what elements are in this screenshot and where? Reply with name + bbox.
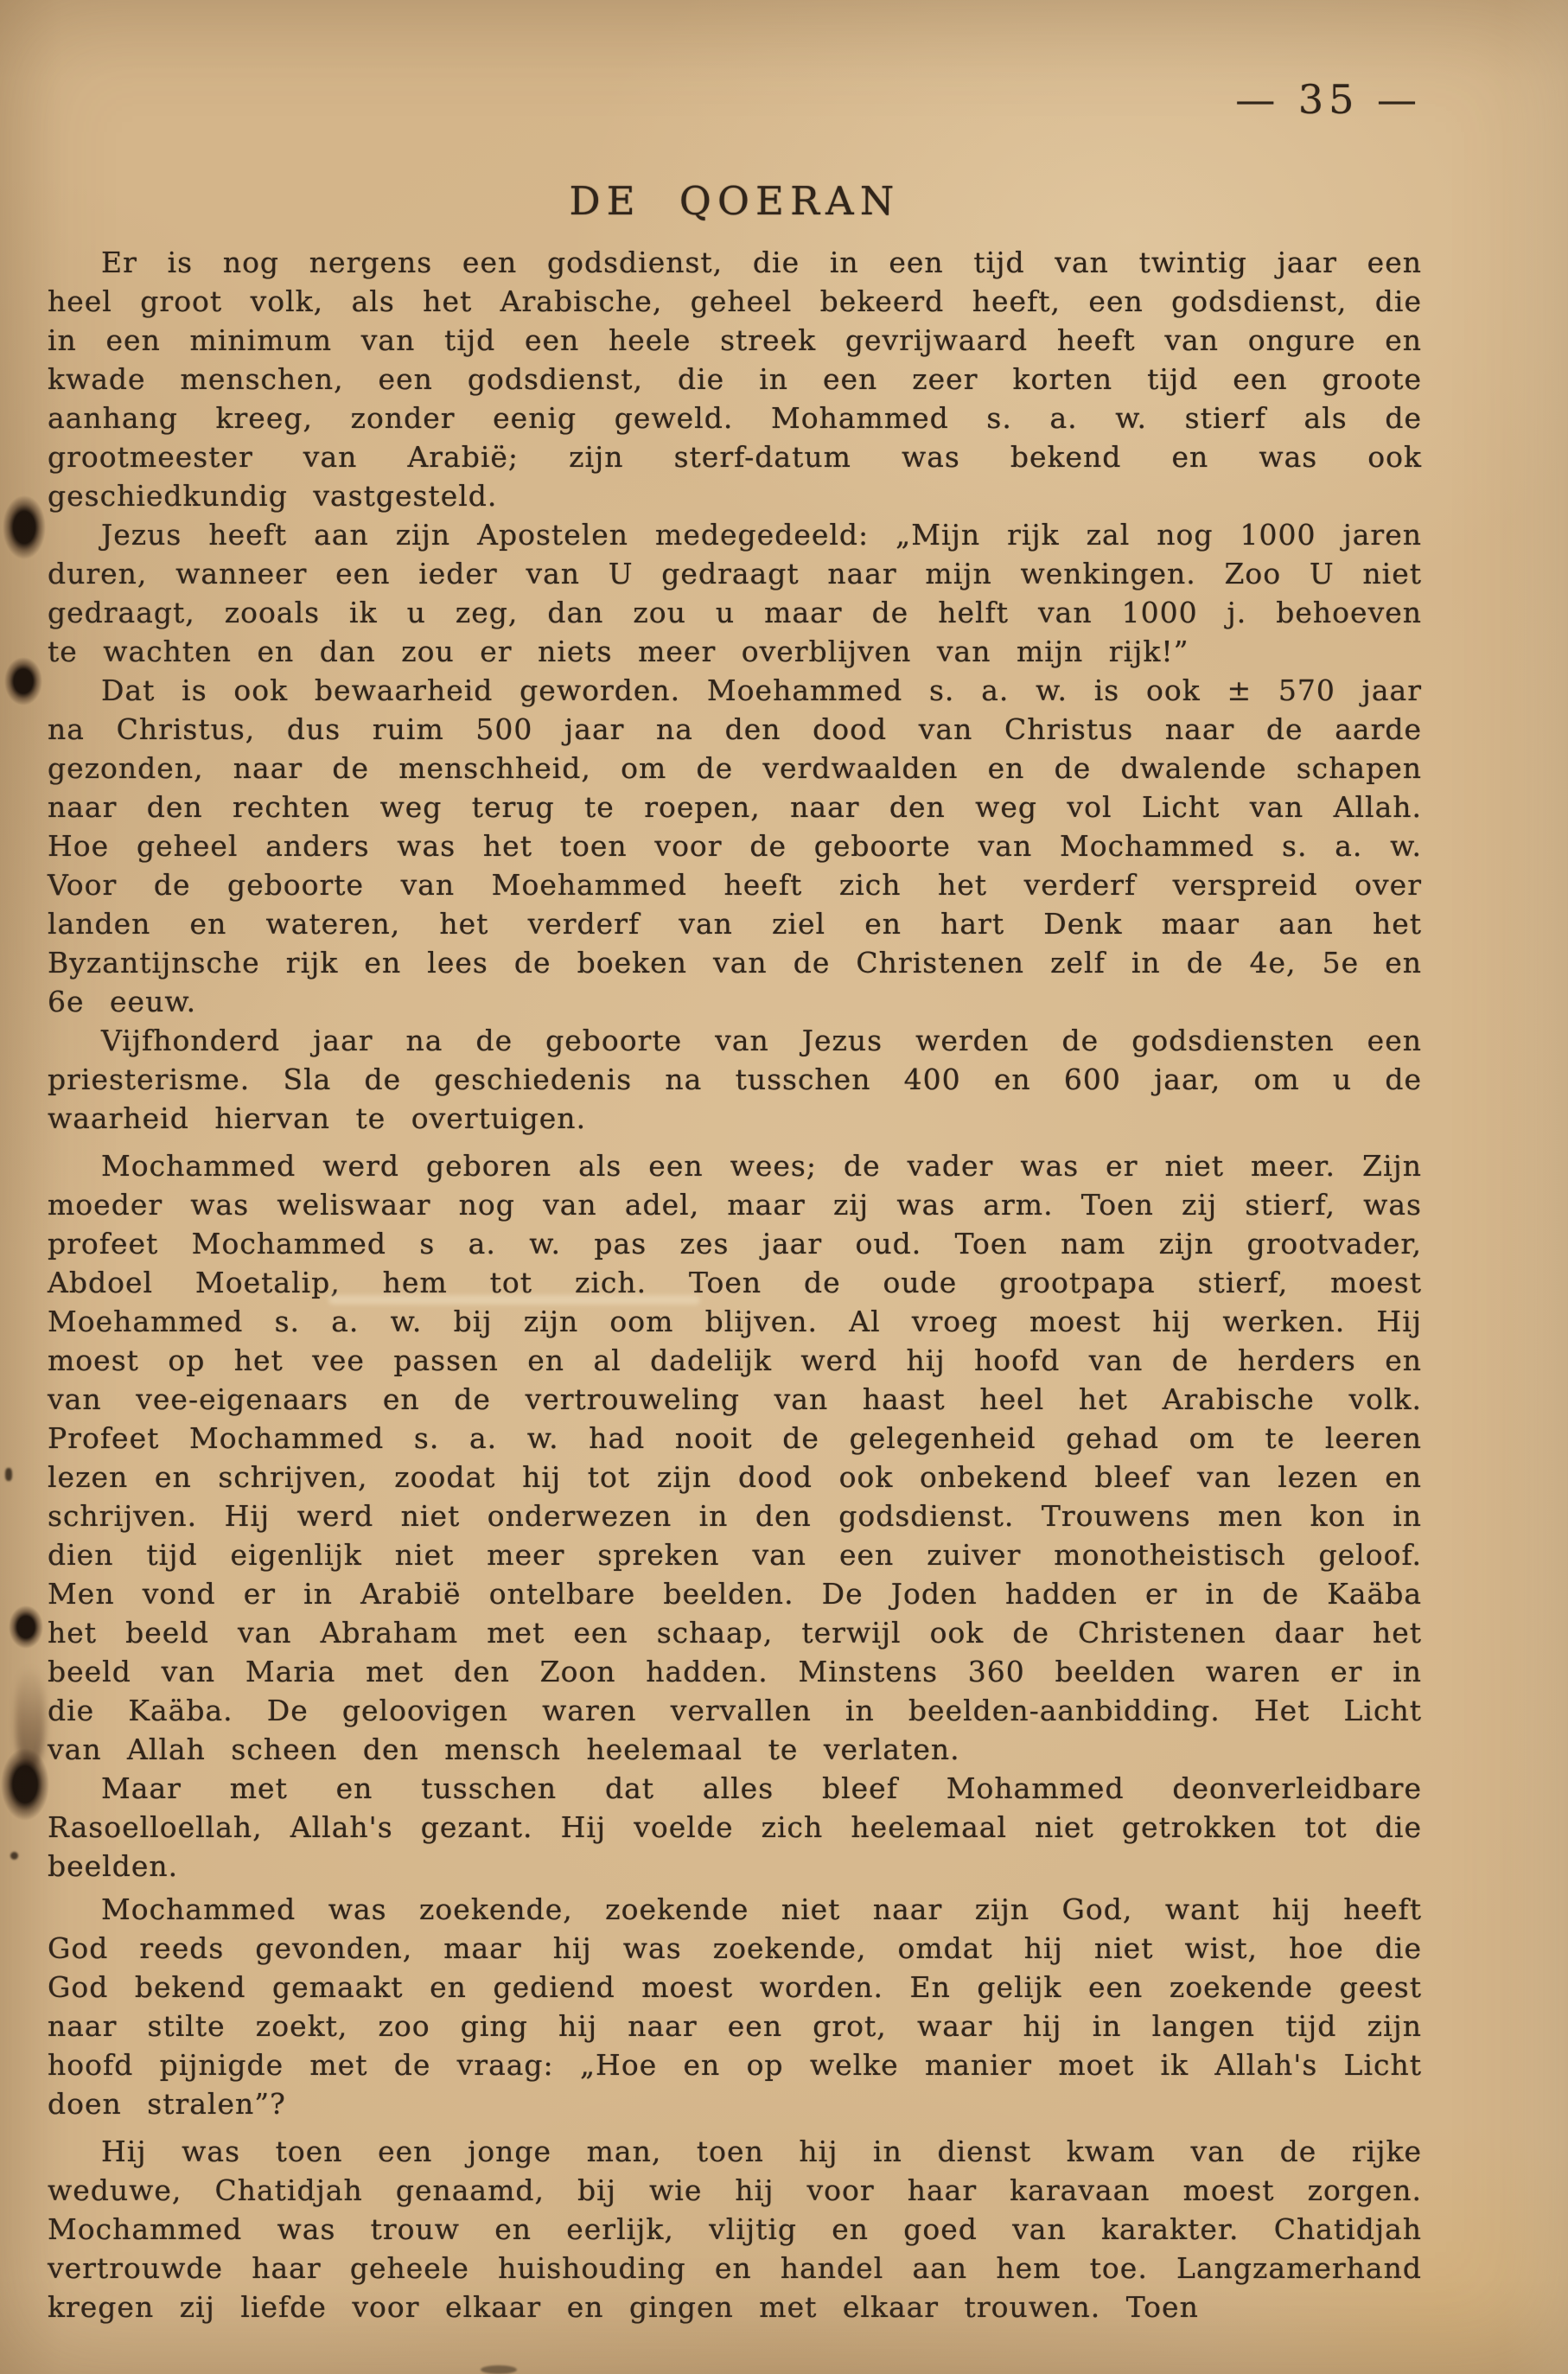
ink-stain xyxy=(4,657,42,705)
page-content: — 35 — DE QOERAN Er is nog nergens een g… xyxy=(48,0,1422,2326)
paragraph-2: Jezus heeft aan zijn Apostelen medegedee… xyxy=(48,515,1422,671)
document-body: Er is nog nergens een godsdienst, die in… xyxy=(48,243,1422,2326)
page-number: — 35 — xyxy=(48,76,1422,123)
paragraph-7: Mochammed was zoekende, zoekende niet na… xyxy=(48,1890,1422,2123)
paragraph-4: Vijfhonderd jaar na de geboorte van Jezu… xyxy=(48,1021,1422,1138)
paragraph-5: Mochammed werd geboren als een wees; de … xyxy=(48,1146,1422,1769)
paragraph-1: Er is nog nergens een godsdienst, die in… xyxy=(48,243,1422,515)
ink-stain xyxy=(3,495,46,559)
ink-stain xyxy=(9,1605,43,1649)
ink-stain xyxy=(1,1748,49,1821)
ink-speck xyxy=(5,1468,12,1481)
scanned-document-page: — 35 — DE QOERAN Er is nog nergens een g… xyxy=(0,0,1568,2374)
paragraph-3: Dat is ook bewaarheid geworden. Moehamme… xyxy=(48,671,1422,1021)
ink-speck xyxy=(10,1852,18,1860)
page-title: DE QOERAN xyxy=(48,178,1422,224)
paragraph-6: Maar met en tusschen dat alles bleef Moh… xyxy=(48,1769,1422,1886)
scan-scratch xyxy=(328,1295,700,1305)
paragraph-8: Hij was toen een jonge man, toen hij in … xyxy=(48,2132,1422,2326)
ink-speck xyxy=(481,2365,517,2374)
